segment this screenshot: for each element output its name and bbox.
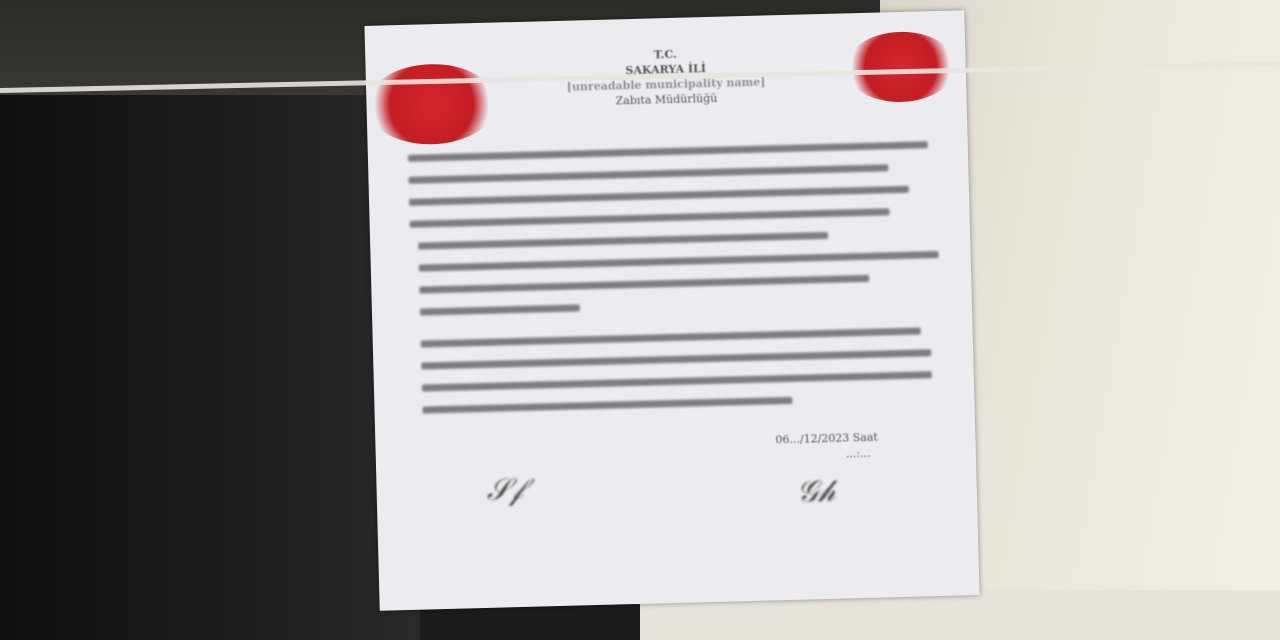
signature-right: 𝒢𝒽 <box>796 474 836 510</box>
notice-paper: T.C. SAKARYA İLİ [unreadable municipalit… <box>364 10 979 611</box>
signature-left: 𝒮𝒻 <box>486 472 524 508</box>
date-line: 06.../12/2023 Saat <box>775 431 878 447</box>
door-panel <box>0 0 420 640</box>
time-line: ...:... <box>846 447 871 461</box>
